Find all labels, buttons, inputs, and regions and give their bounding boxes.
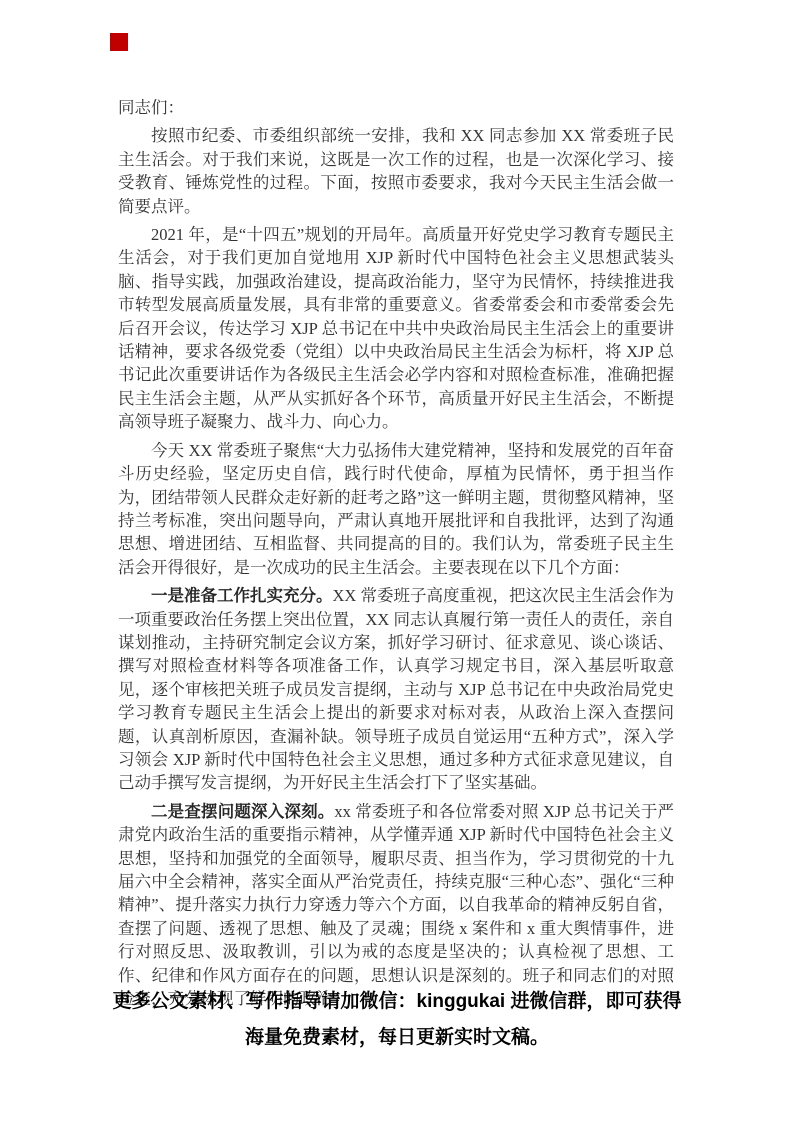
paragraph-theme: 今天 XX 常委班子聚焦“大力弘扬伟大建党精神，坚持和发展党的百年奋斗历史经验，… xyxy=(118,439,674,579)
paragraph-background: 2021 年，是“十四五”规划的开局年。高质量开好党史学习教育专题民主生活会，对… xyxy=(118,223,674,434)
paragraph-point-two: 二是查摆问题深入深刻。xx 常委班子和各位常委对照 XJP 总书记关于严肃党内政… xyxy=(118,800,674,1011)
paragraph-text: XX 常委班子高度重视，把这次民主生活会作为一项重要政治任务摆上突出位置，XX … xyxy=(118,586,674,792)
promo-banner: 更多公文素材、写作指导请加微信：kinggukai 进微信群，即可获得海量免费素… xyxy=(110,984,684,1056)
paragraph-intro: 按照市纪委、市委组织部统一安排，我和 XX 同志参加 XX 常委班子民主生活会。… xyxy=(118,124,674,218)
paragraph-text: 今天 XX 常委班子聚焦“大力弘扬伟大建党精神，坚持和发展党的百年奋斗历史经验，… xyxy=(118,441,674,577)
paragraph-text: 按照市纪委、市委组织部统一安排，我和 XX 同志参加 XX 常委班子民主生活会。… xyxy=(118,126,674,215)
document-page: 同志们： 按照市纪委、市委组织部统一安排，我和 XX 同志参加 XX 常委班子民… xyxy=(0,0,793,1122)
paragraph-point-one: 一是准备工作扎实充分。XX 常委班子高度重视，把这次民主生活会作为一项重要政治任… xyxy=(118,584,674,795)
document-body: 同志们： 按照市纪委、市委组织部统一安排，我和 XX 同志参加 XX 常委班子民… xyxy=(118,96,674,1015)
paragraph-lead-one: 一是准备工作扎实充分。 xyxy=(151,586,333,605)
paragraph-lead-two: 二是查摆问题深入深刻。 xyxy=(151,802,334,821)
paragraph-text: xx 常委班子和各位常委对照 XJP 总书记关于严肃党内政治生活的重要指示精神，… xyxy=(118,802,674,1008)
red-square-marker-icon xyxy=(110,33,128,51)
paragraph-text: 2021 年，是“十四五”规划的开局年。高质量开好党史学习教育专题民主生活会，对… xyxy=(118,225,674,431)
salutation: 同志们： xyxy=(118,96,674,119)
